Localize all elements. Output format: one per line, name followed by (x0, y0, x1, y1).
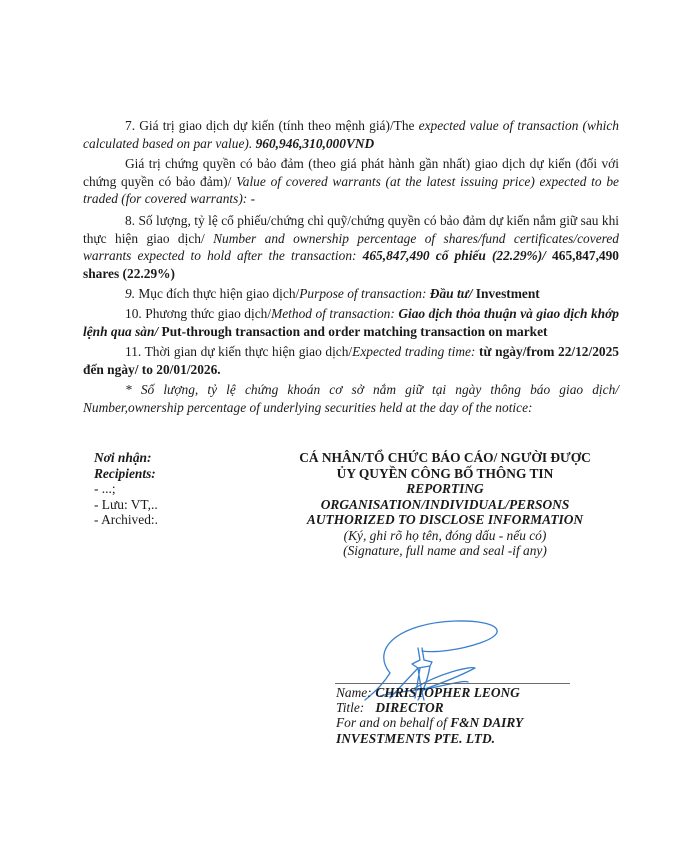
name-label: Name: (336, 685, 372, 700)
signature-instruction-en: (Signature, full name and seal -if any) (262, 543, 628, 559)
recipients-title-vn: Nơi nhận: (94, 450, 158, 466)
item-label-vn: Thời gian dự kiến thực hiện giao dịch/ (145, 344, 353, 359)
signatory-title: DIRECTOR (375, 700, 443, 715)
reporter-title-vn: CÁ NHÂN/TỔ CHỨC BÁO CÁO/ NGƯỜI ĐƯỢC (262, 450, 628, 466)
item-9-purpose: 9. Mục đích thực hiện giao dịch/Purpose … (83, 285, 619, 303)
item-value-en: Put-through transaction and order matchi… (158, 324, 547, 339)
item-number: 8. (125, 213, 135, 228)
item-11-trading-time: 11. Thời gian dự kiến thực hiện giao dịc… (83, 343, 619, 378)
item-label-vn: Mục đích thực hiện giao dịch/ (135, 286, 299, 301)
covered-warrants-value: Giá trị chứng quyền có bảo đảm (theo giá… (83, 155, 619, 208)
item-number: 9. (125, 286, 135, 301)
item-number: 11. (125, 344, 141, 359)
item-value-en: Investment (472, 286, 539, 301)
recipients-title-en: Recipients: (94, 466, 158, 482)
signatory-block: Name: CHRISTOPHER LEONG Title: DIRECTOR … (336, 685, 523, 746)
item-8-holding-after: 8. Số lượng, tỷ lệ cổ phiếu/chứng chỉ qu… (83, 212, 619, 282)
underlying-securities-note: * Số lượng, tỷ lệ chứng khoán cơ sở nắm … (83, 381, 619, 416)
item-label-en: Method of transaction: (271, 306, 398, 321)
item-label-vn: Phương thức giao dịch/ (145, 306, 271, 321)
company-name: F&N DAIRY (450, 715, 523, 730)
reporter-title-en: REPORTING (262, 481, 628, 497)
item-value-vn: Đầu tư/ (430, 286, 473, 301)
title-label: Title: (336, 700, 372, 715)
signatory-name: CHRISTOPHER LEONG (375, 685, 519, 700)
item-7-expected-value: 7. Giá trị giao dịch dự kiến (tính theo … (83, 117, 619, 152)
item-number: 7. (125, 118, 135, 133)
item-value: 960,946,310,000VND (256, 136, 375, 151)
behalf-prefix: For and on behalf of (336, 715, 450, 730)
recipient-item: - Archived:. (94, 512, 158, 528)
item-label-vn: Giá trị giao dịch dự kiến (tính theo mện… (139, 118, 418, 133)
signature-instruction-vn: (Ký, ghi rõ họ tên, đóng dấu - nếu có) (262, 528, 628, 544)
signature-line (335, 683, 570, 684)
item-10-method: 10. Phương thức giao dịch/Method of tran… (83, 305, 619, 340)
company-name: INVESTMENTS PTE. LTD. (336, 731, 495, 746)
reporter-title-vn: ỦY QUYỀN CÔNG BỐ THÔNG TIN (262, 466, 628, 482)
reporter-block: CÁ NHÂN/TỔ CHỨC BÁO CÁO/ NGƯỜI ĐƯỢC ỦY Q… (262, 450, 628, 559)
reporter-title-en: ORGANISATION/INDIVIDUAL/PERSONS (262, 497, 628, 513)
item-number: 10. (125, 306, 142, 321)
recipients-block: Nơi nhận: Recipients: - ...; - Lưu: VT,.… (94, 450, 158, 528)
reporter-title-en: AUTHORIZED TO DISCLOSE INFORMATION (262, 512, 628, 528)
item-value-vn: 465,847,490 cổ phiếu (22.29%)/ (363, 248, 546, 263)
recipient-item: - Lưu: VT,.. (94, 497, 158, 513)
item-label-en: Expected trading time: (352, 344, 479, 359)
document-page: 7. Giá trị giao dịch dự kiến (tính theo … (0, 0, 691, 857)
note-text: * Số lượng, tỷ lệ chứng khoán cơ sở nắm … (83, 382, 619, 415)
recipient-item: - ...; (94, 481, 158, 497)
item-label-en: Purpose of transaction: (299, 286, 430, 301)
